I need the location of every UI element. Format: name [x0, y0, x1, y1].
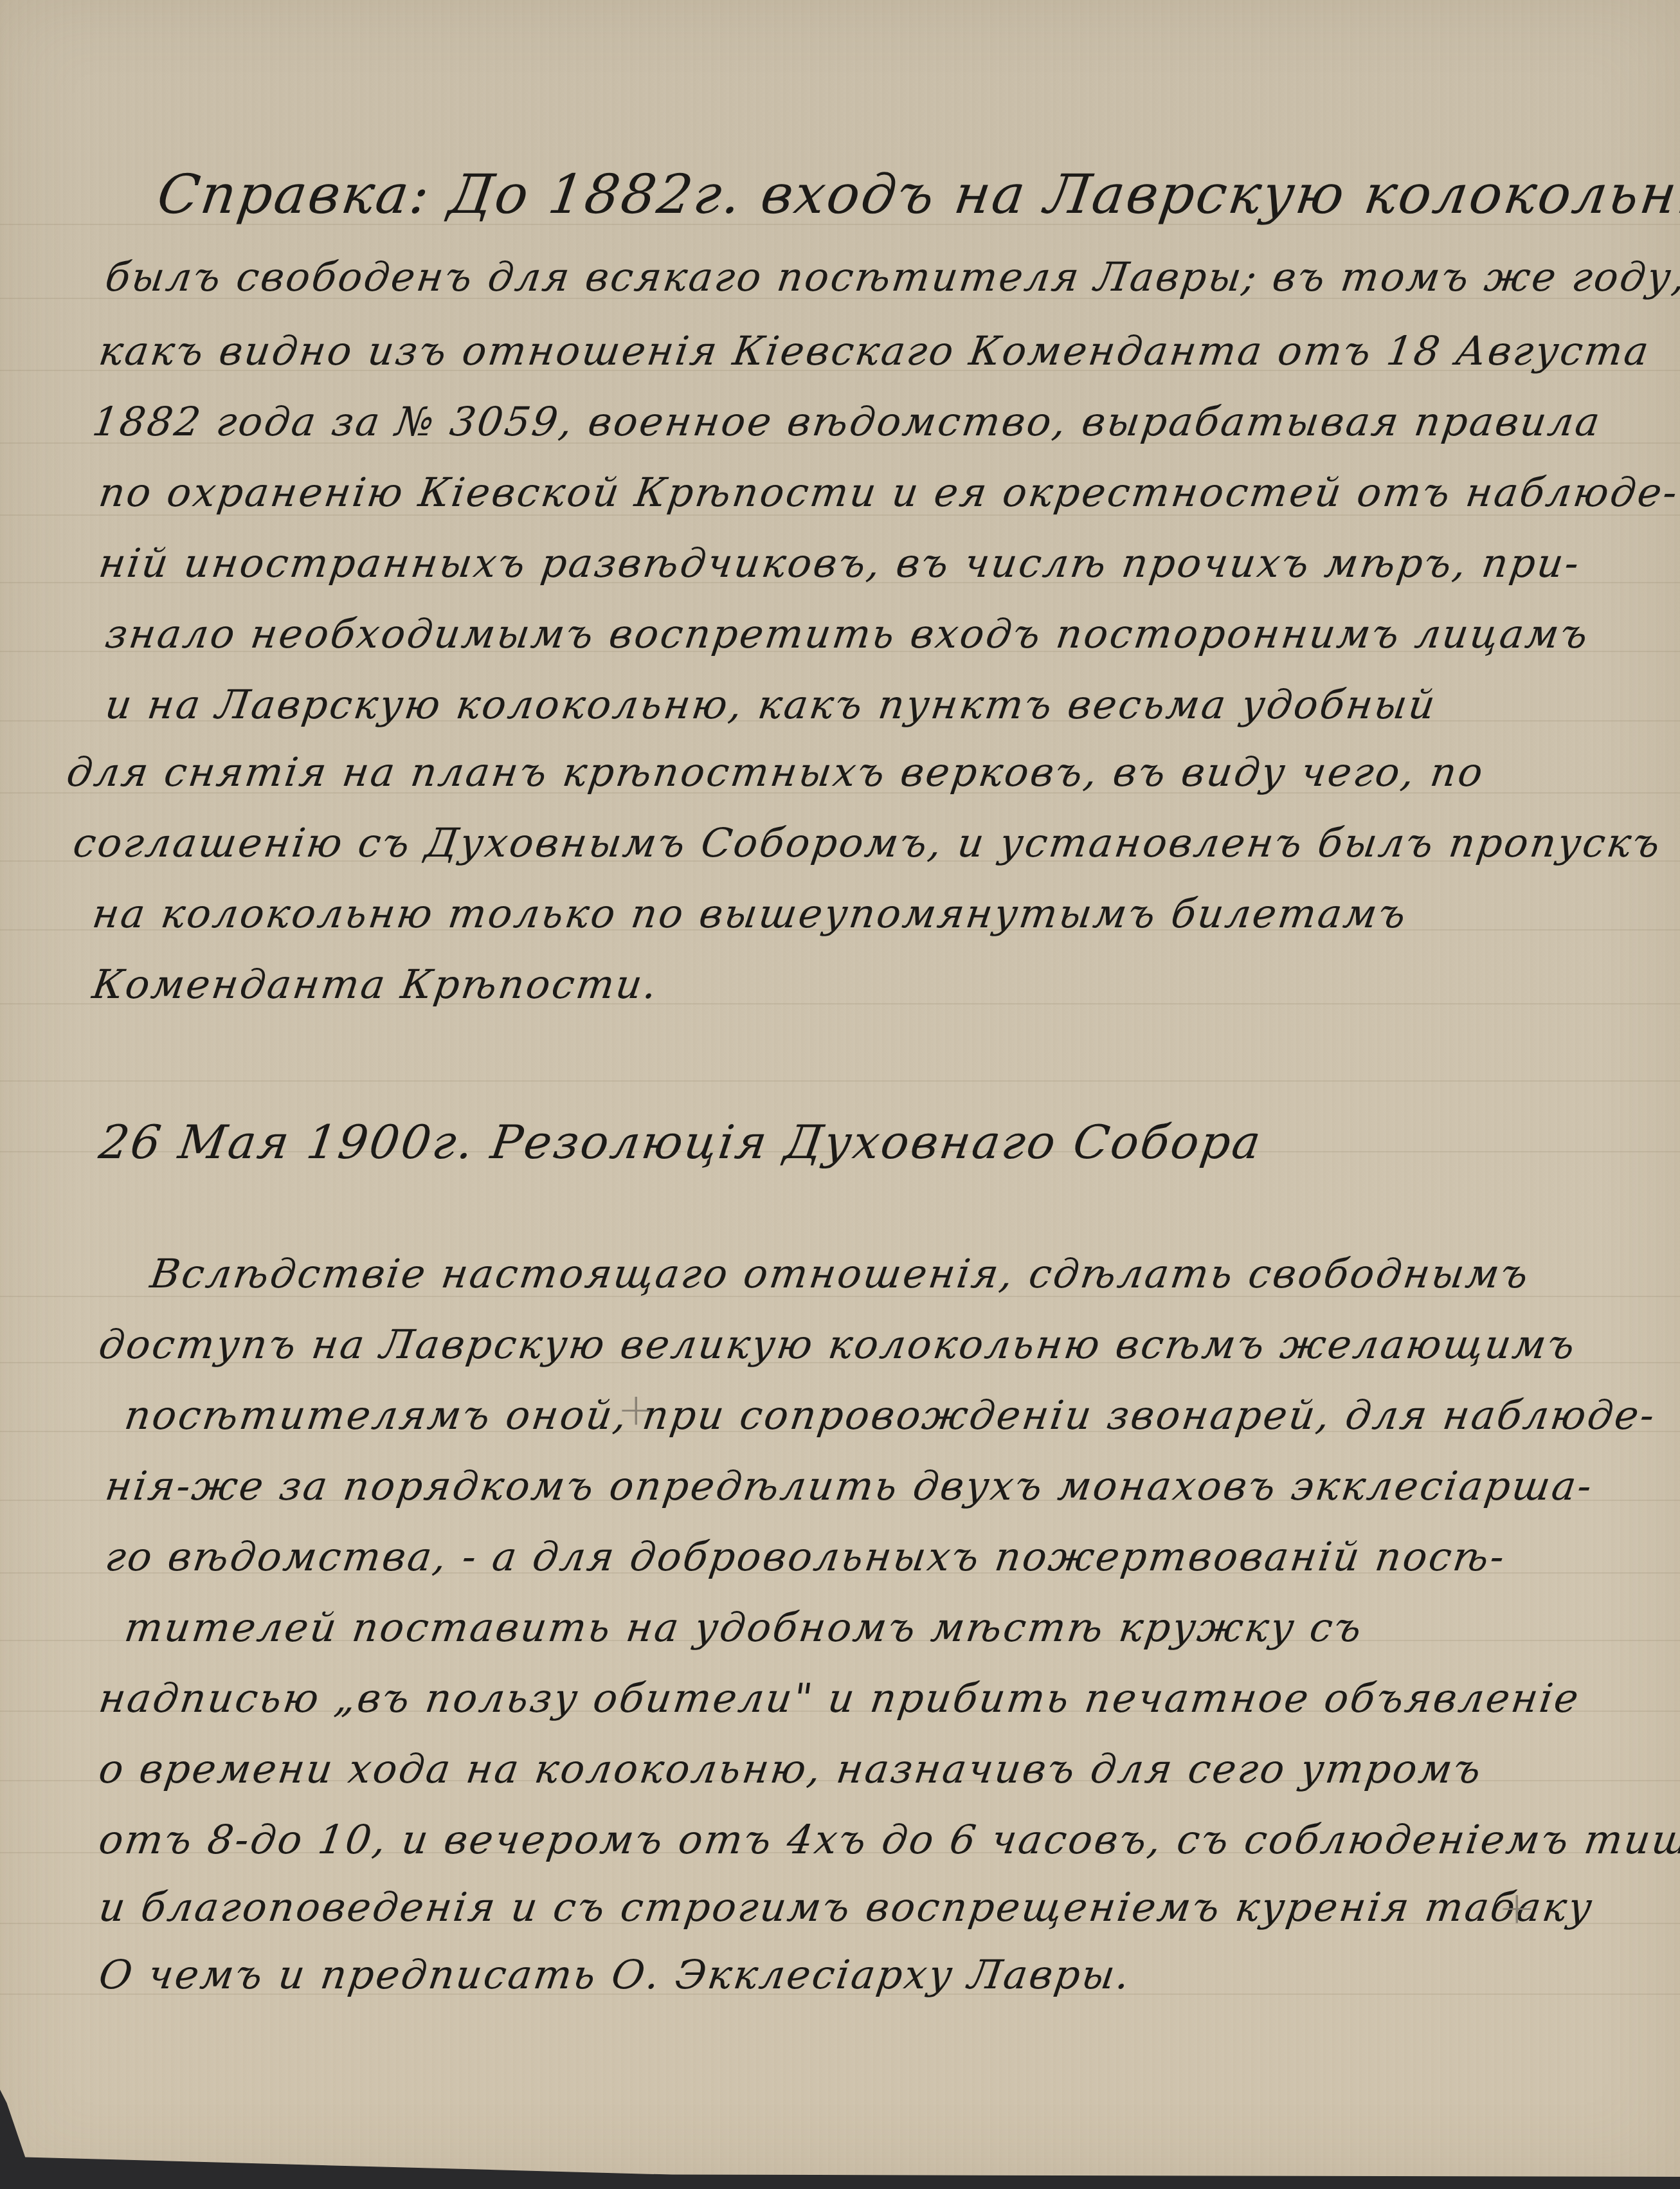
- certificate-line-11: на колокольню только по вышеупомянутымъ …: [90, 894, 1410, 934]
- resolution-line-6: тителей поставить на удобномъ мѣстѣ круж…: [122, 1608, 1366, 1648]
- certificate-line-8: и на Лаврскую колокольню, какъ пунктъ ве…: [103, 685, 1440, 725]
- pencil-cross-mark: +: [1498, 1881, 1536, 1934]
- certificate-line-1: Справка: До 1882г. входъ на Лаврскую кол…: [154, 167, 1680, 221]
- certificate-line-9: для снятія на планъ крѣпостныхъ верковъ,…: [64, 752, 1487, 792]
- document-body: Справка: До 1882г. входъ на Лаврскую кол…: [0, 0, 1680, 2189]
- certificate-line-4: 1882 года за № 3059, военное вѣдомство, …: [90, 402, 1604, 442]
- resolution-line-8: о времени хода на колокольню, назначивъ …: [96, 1749, 1485, 1789]
- resolution-line-1: Вслѣдствіе настоящаго отношенія, сдѣлать…: [148, 1254, 1532, 1294]
- certificate-line-7: знало необходимымъ воспретить входъ пост…: [103, 614, 1592, 654]
- resolution-line-2: доступъ на Лаврскую великую колокольню в…: [96, 1325, 1579, 1365]
- resolution-line-4: нія-же за порядкомъ опредѣлить двухъ мон…: [103, 1466, 1596, 1506]
- resolution-line-10: и благоповеденія и съ строгимъ воспрещен…: [96, 1887, 1596, 1927]
- resolution-line-5: го вѣдомства, - а для добровольныхъ поже…: [103, 1537, 1509, 1577]
- certificate-line-2: былъ свободенъ для всякаго посѣтителя Ла…: [103, 257, 1680, 297]
- certificate-line-6: ній иностранныхъ развѣдчиковъ, въ числѣ …: [96, 543, 1583, 583]
- resolution-line-3: посѣтителямъ оной, при сопровожденіи зво…: [122, 1395, 1659, 1435]
- certificate-line-10: соглашенію съ Духовнымъ Соборомъ, и уста…: [71, 823, 1664, 863]
- resolution-line-11: О чемъ и предписать О. Экклесіарху Лавры…: [96, 1955, 1134, 1995]
- resolution-heading: 26 Мая 1900г. Резолюція Духовнаго Собора: [96, 1119, 1265, 1165]
- pencil-cross-mark: +: [617, 1383, 655, 1435]
- certificate-line-12: Коменданта Крѣпости.: [90, 965, 661, 1004]
- resolution-line-9: отъ 8-до 10, и вечеромъ отъ 4хъ до 6 час…: [96, 1820, 1680, 1860]
- certificate-line-5: по охраненію Кіевской Крѣпости и ея окре…: [96, 473, 1680, 513]
- resolution-line-7: надписью „въ пользу обители" и прибить п…: [96, 1678, 1583, 1718]
- certificate-line-3: какъ видно изъ отношенія Кіевскаго Комен…: [96, 331, 1653, 371]
